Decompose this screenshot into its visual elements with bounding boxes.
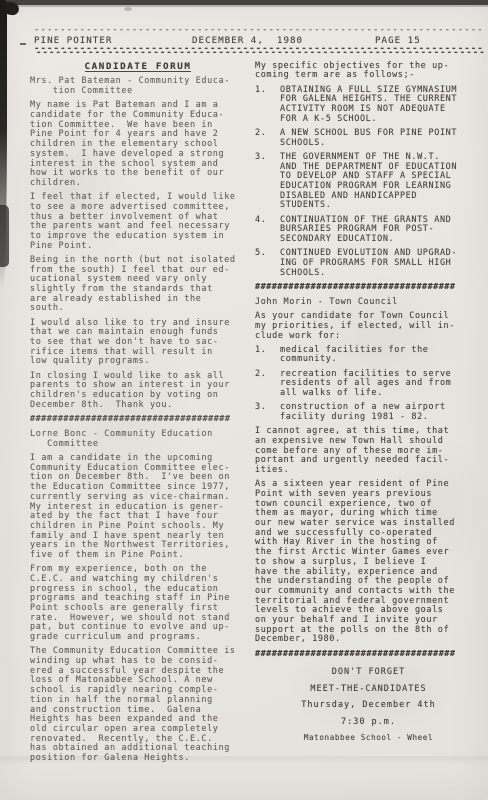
page-number: PAGE 15 — [375, 36, 461, 46]
objective-text: A NEW SCHOOL BUS FOR PINE POINT SCHOOLS. — [280, 129, 482, 148]
objectives-intro: My specific objectives for the up- comin… — [255, 62, 482, 81]
priority-text: medical facilities for the community. — [280, 346, 482, 365]
objective-item: 5. CONTINUED EVOLUTION AND UPGRAD- ING O… — [255, 249, 482, 278]
objective-text: OBTAINING A FULL SIZE GYMNASIUM FOR GALE… — [280, 86, 482, 125]
bateman-paragraph-5: In closing I would like to ask all paren… — [30, 372, 246, 411]
bonc-paragraph-1: I am a candidate in the upcoming Communi… — [30, 454, 246, 561]
priority-text: recreation facilities to serve residents… — [280, 370, 482, 399]
morin-intro: As your candidate for Town Council my pr… — [255, 312, 482, 341]
bateman-paragraph-4: I would also like to try and insure that… — [30, 319, 246, 368]
priority-number: 1. — [255, 346, 280, 365]
masthead: ----------------------------------------… — [34, 28, 483, 57]
hash-divider: #################################### — [255, 650, 482, 660]
objective-item: 3. THE GOVERNMENT OF THE N.W.T. AND THE … — [255, 153, 482, 211]
right-column: My specific objectives for the up- comin… — [255, 61, 482, 764]
hash-divider: #################################### — [30, 415, 246, 425]
candidate-heading-bateman: Mrs. Pat Bateman - Community Educa- tion… — [30, 77, 246, 96]
candidate-heading-bonc: Lorne Bonc - Community Education Committ… — [30, 430, 246, 449]
objective-text: CONTINUATION OF THE GRANTS AND BURSARIES… — [280, 216, 482, 245]
scan-edge-left-blot — [0, 205, 9, 267]
priority-item: 1. medical facilities for the community. — [255, 346, 482, 365]
priority-text: construction of a new airport facility d… — [280, 403, 482, 422]
newsletter-title: PINE POINTER — [34, 36, 192, 46]
objective-number: 2. — [255, 129, 280, 148]
notice-event-name: MEET-THE-CANDIDATES — [255, 685, 482, 695]
bonc-paragraph-2: From my experience, both on the C.E.C. a… — [30, 565, 246, 643]
objective-text: CONTINUED EVOLUTION AND UPGRAD- ING OF P… — [280, 249, 482, 278]
objective-text: THE GOVERNMENT OF THE N.W.T. AND THE DEP… — [280, 153, 482, 211]
section-title-wrap: CANDIDATE FORUM — [30, 62, 246, 73]
morin-paragraph-town-hall: I cannot agree, at this time, that an ex… — [255, 427, 482, 476]
scan-speck — [124, 7, 132, 11]
objective-item: 2. A NEW SCHOOL BUS FOR PINE POINT SCHOO… — [255, 129, 482, 148]
notice-event-place: Matonabbee School - Wheel — [255, 733, 482, 743]
masthead-row: PINE POINTER DECEMBER 4, 1980 PAGE 15 — [34, 36, 483, 46]
priority-number: 2. — [255, 370, 280, 399]
scan-tick-mark — [20, 43, 26, 45]
objective-number: 1. — [255, 86, 280, 125]
morin-paragraph-resident: As a sixteen year resident of Pine Point… — [255, 480, 482, 645]
meeting-notice: DON'T FORGET MEET-THE-CANDIDATES Thursda… — [255, 668, 482, 743]
priority-number: 3. — [255, 403, 280, 422]
notice-event-date: Thursday, December 4th — [255, 701, 482, 711]
bateman-paragraph-1: My name is Pat Bateman and I am a candid… — [30, 101, 246, 188]
bonc-paragraph-3: The Community Education Committee is win… — [30, 647, 246, 763]
candidate-forum-title: CANDIDATE FORUM — [85, 62, 192, 73]
objective-number: 5. — [255, 249, 280, 278]
notice-event-time: 7:30 p.m. — [255, 718, 482, 728]
article-columns: CANDIDATE FORUM Mrs. Pat Bateman - Commu… — [30, 61, 482, 764]
priority-item: 2. recreation facilities to serve reside… — [255, 370, 482, 399]
objective-number: 3. — [255, 153, 280, 211]
candidate-heading-morin: John Morin - Town Council — [255, 298, 482, 308]
bateman-paragraph-3: Being in the north (but not isolated fro… — [30, 256, 246, 314]
dashed-rule-top: ----------------------------------------… — [34, 28, 483, 34]
objective-item: 4. CONTINUATION OF THE GRANTS AND BURSAR… — [255, 216, 482, 245]
priority-item: 3. construction of a new airport facilit… — [255, 403, 482, 422]
scan-edge-top-shadow — [0, 5, 488, 7]
objective-number: 4. — [255, 216, 280, 245]
objective-item: 1. OBTAINING A FULL SIZE GYMNASIUM FOR G… — [255, 86, 482, 125]
issue-date: DECEMBER 4, 1980 — [192, 36, 375, 46]
notice-dont-forget: DON'T FORGET — [255, 668, 482, 678]
hash-divider: #################################### — [255, 283, 482, 293]
left-column: CANDIDATE FORUM Mrs. Pat Bateman - Commu… — [30, 61, 246, 764]
dashed-rule-bottom-2: ----------------------------------------… — [36, 51, 485, 57]
newsletter-page-scan: ----------------------------------------… — [0, 0, 488, 800]
bateman-paragraph-2: I feel that if elected, I would like to … — [30, 193, 246, 251]
